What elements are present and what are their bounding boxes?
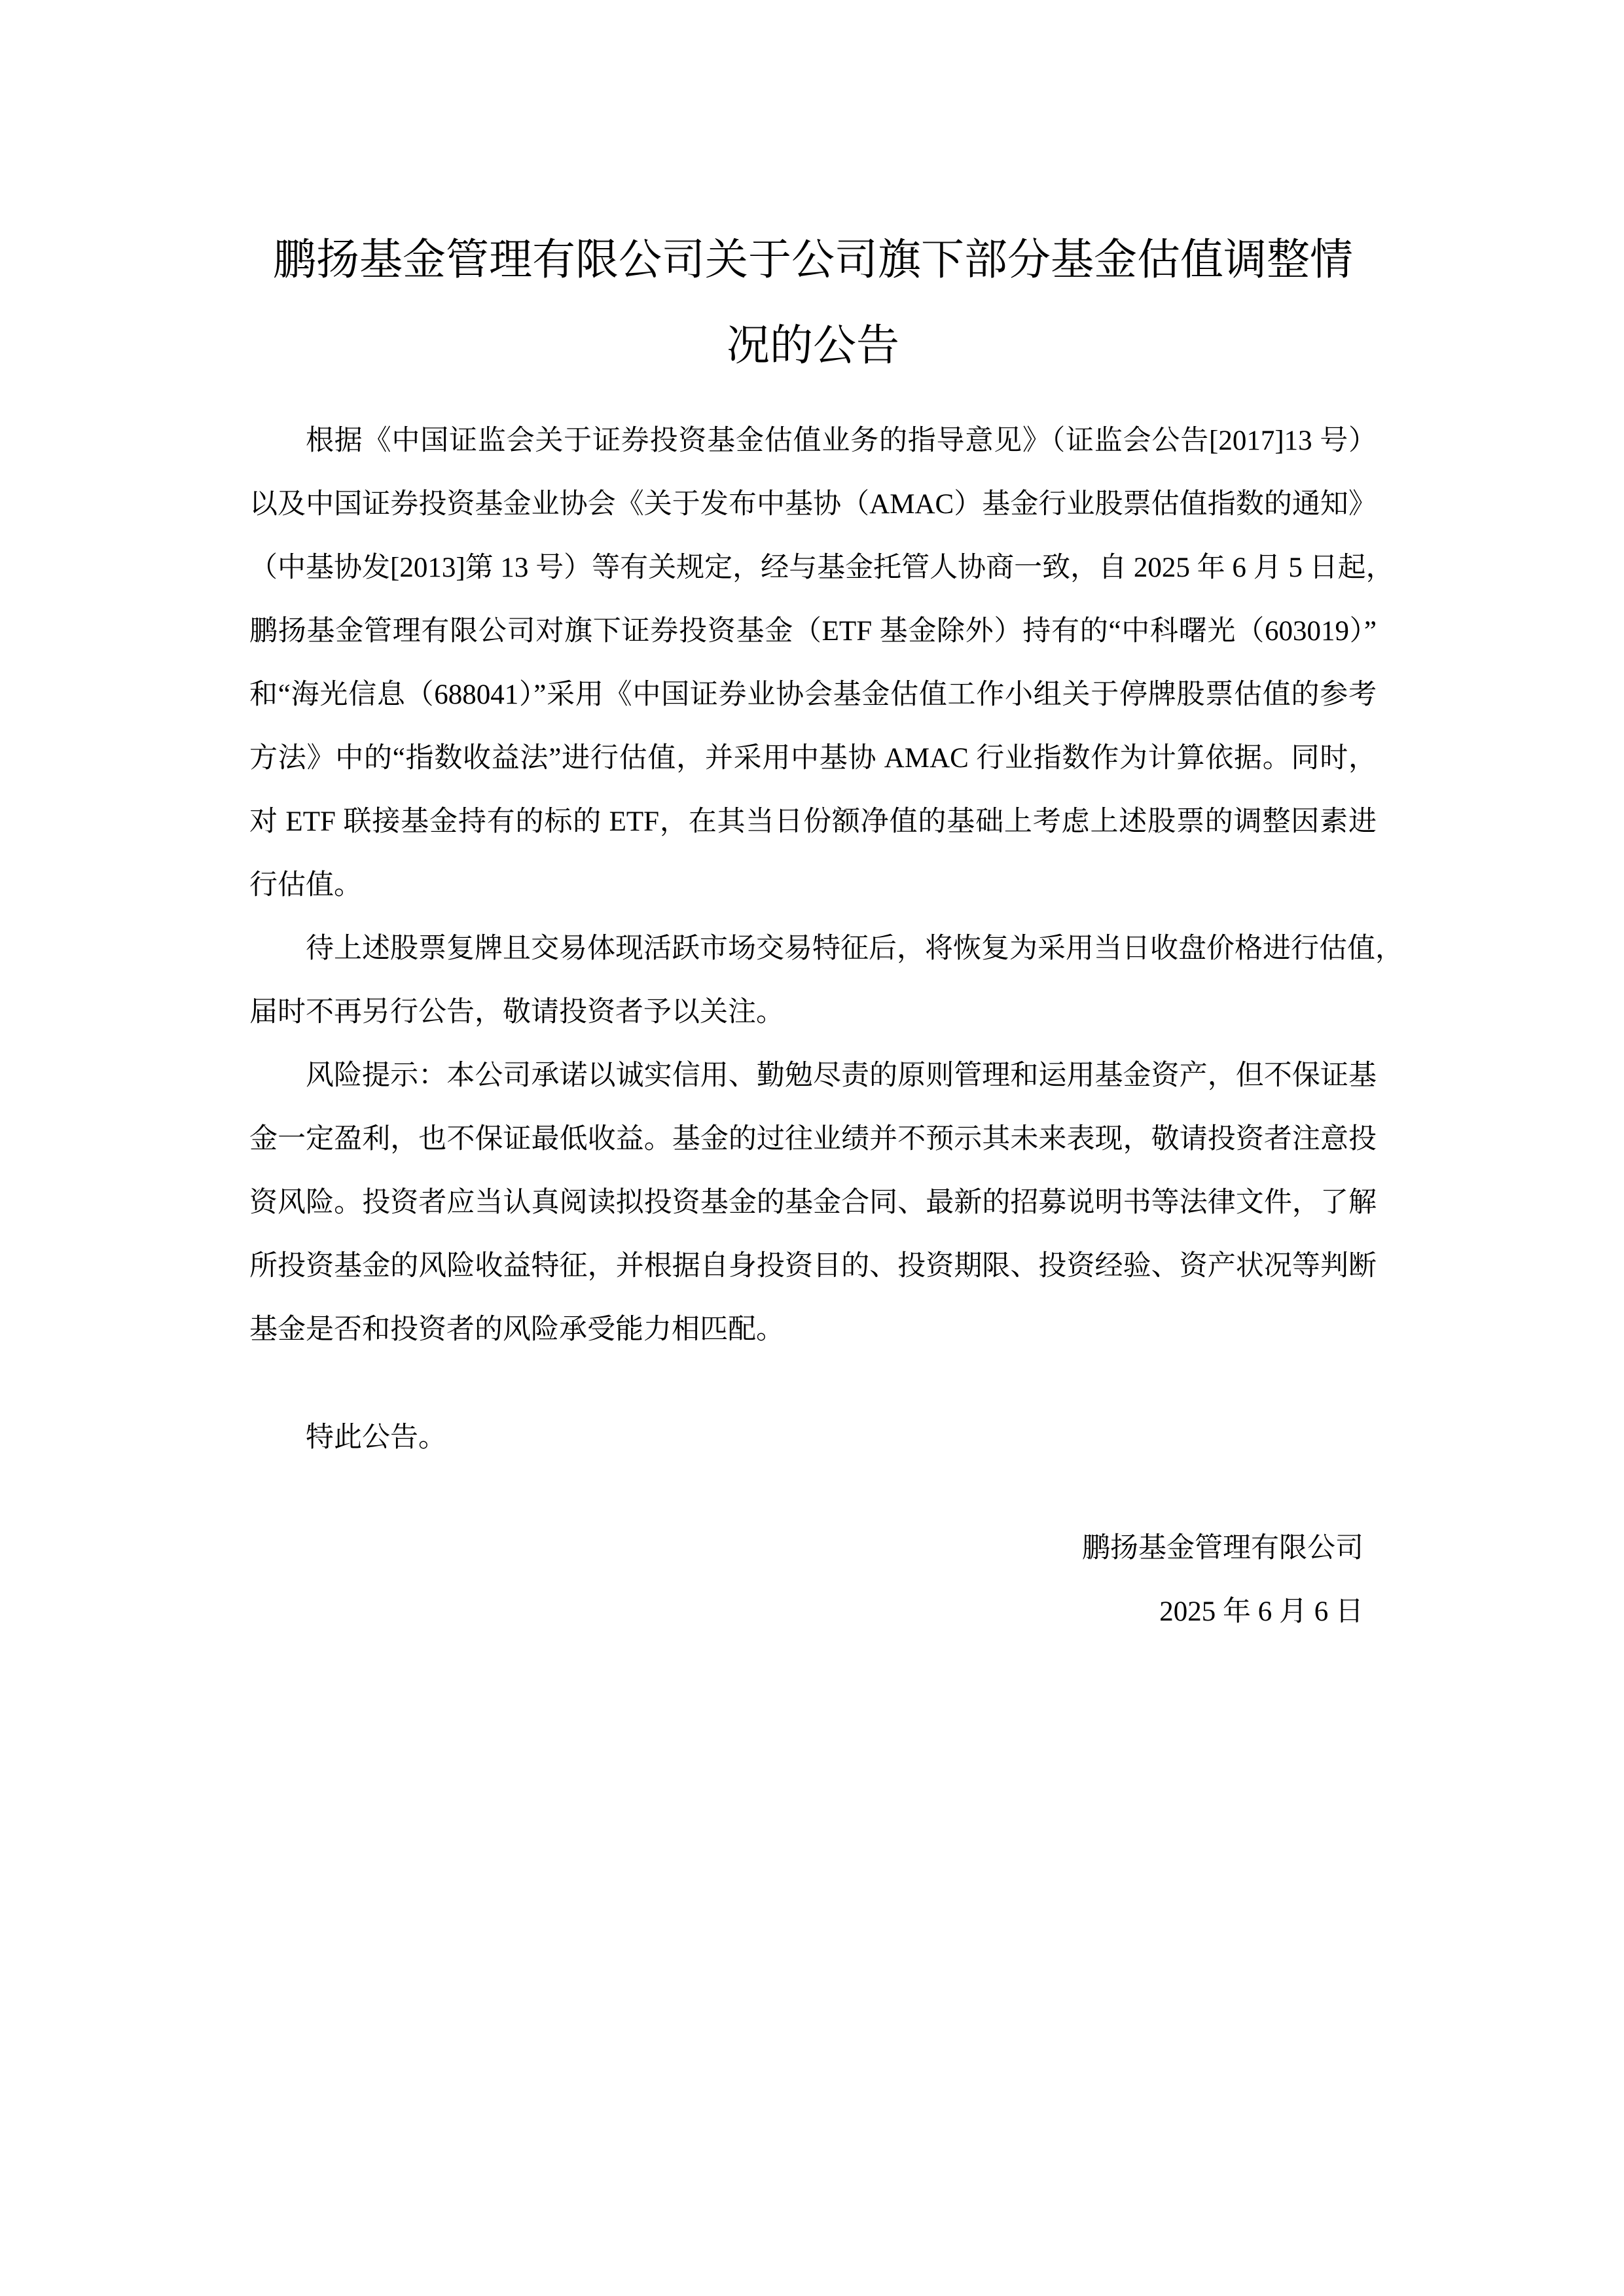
- text-line: （中基协发[2013]第 13 号）等有关规定，经与基金托管人协商一致，自 20…: [249, 536, 1377, 600]
- signature-date: 2025 年 6 月 6 日: [1082, 1580, 1363, 1643]
- text-line: 对 ETF 联接基金持有的标的 ETF，在其当日份额净值的基础上考虑上述股票的调…: [249, 790, 1377, 853]
- text-line: 基金是否和投资者的风险承受能力相匹配。: [249, 1298, 1377, 1361]
- announcement-title: 鹏扬基金管理有限公司关于公司旗下部分基金估值调整情 况的公告: [249, 217, 1377, 389]
- text-line: 届时不再另行公告，敬请投资者予以关注。: [249, 980, 1377, 1044]
- text-line: 以及中国证券投资基金业协会《关于发布中基协（AMAC）基金行业股票估值指数的通知…: [249, 473, 1377, 536]
- title-line: 况的公告: [249, 303, 1377, 389]
- text-line: 根据《中国证监会关于证券投资基金估值业务的指导意见》（证监会公告[2017]13…: [249, 409, 1377, 473]
- text-line: 待上述股票复牌且交易体现活跃市场交易特征后，将恢复为采用当日收盘价格进行估值，: [249, 917, 1377, 980]
- signature-block: 鹏扬基金管理有限公司 2025 年 6 月 6 日: [1082, 1516, 1363, 1643]
- text-line: 和“海光信息（688041）”采用《中国证券业协会基金估值工作小组关于停牌股票估…: [249, 663, 1377, 726]
- text-line: 风险提示：本公司承诺以诚实信用、勤勉尽责的原则管理和运用基金资产，但不保证基: [249, 1044, 1377, 1107]
- text-line: 鹏扬基金管理有限公司对旗下证券投资基金（ETF 基金除外）持有的“中科曙光（60…: [249, 600, 1377, 663]
- text-line: 金一定盈利，也不保证最低收益。基金的过往业绩并不预示其未来表现，敬请投资者注意投: [249, 1107, 1377, 1171]
- title-line: 鹏扬基金管理有限公司关于公司旗下部分基金估值调整情: [249, 217, 1377, 303]
- text-line: 方法》中的“指数收益法”进行估值，并采用中基协 AMAC 行业指数作为计算依据。…: [249, 726, 1377, 790]
- paragraph-risk-warning: 风险提示：本公司承诺以诚实信用、勤勉尽责的原则管理和运用基金资产，但不保证基 金…: [249, 1044, 1377, 1361]
- paragraph-valuation-basis: 根据《中国证监会关于证券投资基金估值业务的指导意见》（证监会公告[2017]13…: [249, 409, 1377, 917]
- document-page: 鹏扬基金管理有限公司关于公司旗下部分基金估值调整情 况的公告 根据《中国证监会关…: [0, 0, 1624, 2296]
- text-line: 所投资基金的风险收益特征，并根据自身投资目的、投资期限、投资经验、资产状况等判断: [249, 1234, 1377, 1298]
- announcement-body: 根据《中国证监会关于证券投资基金估值业务的指导意见》（证监会公告[2017]13…: [249, 409, 1377, 1469]
- closing-statement: 特此公告。: [249, 1406, 1377, 1469]
- text-line: 行估值。: [249, 853, 1377, 917]
- signature-company: 鹏扬基金管理有限公司: [1082, 1516, 1363, 1580]
- text-line: 资风险。投资者应当认真阅读拟投资基金的基金合同、最新的招募说明书等法律文件，了解: [249, 1171, 1377, 1234]
- paragraph-resumption: 待上述股票复牌且交易体现活跃市场交易特征后，将恢复为采用当日收盘价格进行估值， …: [249, 917, 1377, 1044]
